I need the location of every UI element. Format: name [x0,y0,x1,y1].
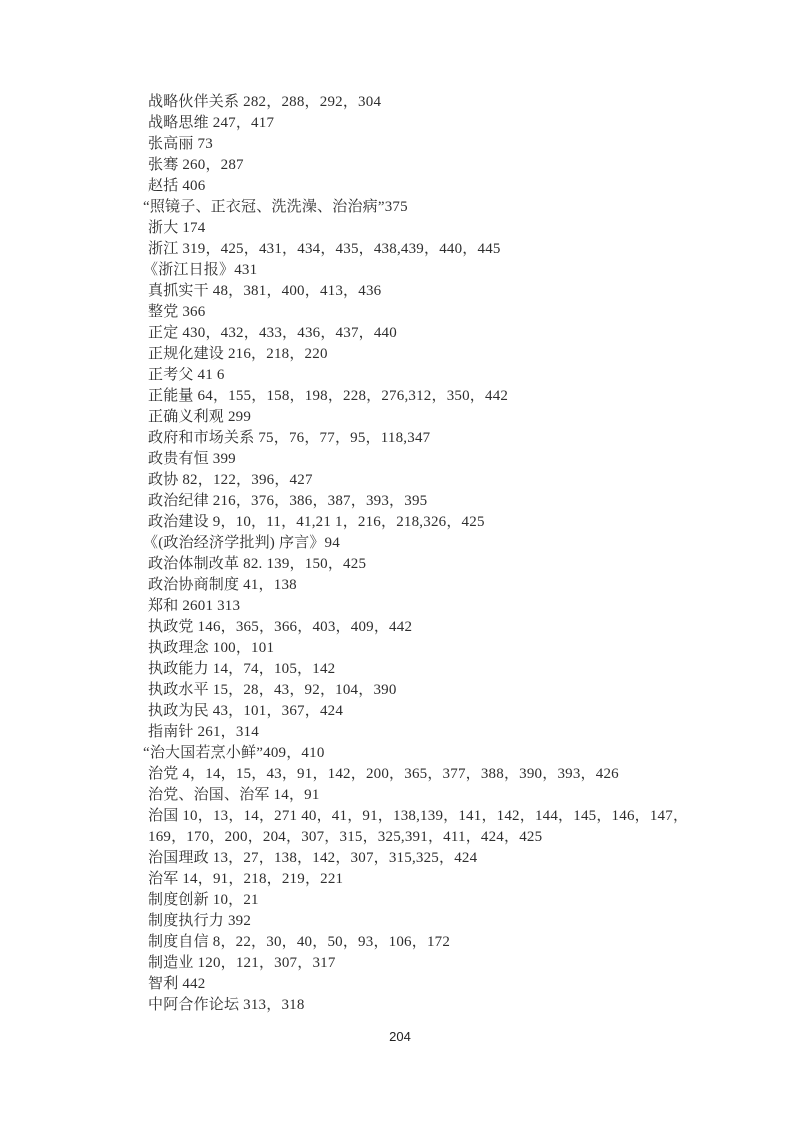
page-number: 204 [0,1029,800,1044]
index-line: 政治体制改革 82. 139，150，425 [148,554,768,575]
index-line: 治国 10，13，14，271 40，41，91，138,139，141，142… [148,806,768,827]
index-line: 真抓实干 48，381，400，413，436 [148,281,768,302]
index-line: 《(政治经济学批判) 序言》94 [148,533,768,554]
index-line: 正能量 64，155，158，198，228，276,312，350，442 [148,386,768,407]
index-line: 张高丽 73 [148,134,768,155]
index-line: 制度执行力 392 [148,911,768,932]
index-line: 战略伙伴关系 282，288，292，304 [148,92,768,113]
index-line: 政府和市场关系 75，76，77，95，118,347 [148,428,768,449]
index-entries: 战略伙伴关系 282，288，292，304战略思维 247，417张高丽 73… [148,92,768,1016]
index-line: 169，170，200，204，307，315，325,391，411，424，… [148,827,768,848]
index-line: 智利 442 [148,974,768,995]
index-line: 制造业 120，121，307，317 [148,953,768,974]
index-line: 指南针 261，314 [148,722,768,743]
index-line: 中阿合作论坛 313，318 [148,995,768,1016]
index-line: 制度创新 10，21 [148,890,768,911]
index-line: 正确义利观 299 [148,407,768,428]
index-line: 制度自信 8，22，30，40，50，93，106，172 [148,932,768,953]
index-line: 浙江 319，425，431，434，435，438,439，440，445 [148,239,768,260]
index-line: 政贵有恒 399 [148,449,768,470]
index-line: 张骞 260，287 [148,155,768,176]
index-line: 郑和 2601 313 [148,596,768,617]
index-line: 执政水平 15，28，43，92，104，390 [148,680,768,701]
index-line: 战略思维 247，417 [148,113,768,134]
index-line: 政治纪律 216，376，386，387，393，395 [148,491,768,512]
index-line: 整党 366 [148,302,768,323]
index-line: 执政能力 14，74，105，142 [148,659,768,680]
index-line: 治党、治国、治军 14，91 [148,785,768,806]
index-line: 政治协商制度 41，138 [148,575,768,596]
index-line: “照镜子、正衣冠、洗洗澡、治治病”375 [148,197,768,218]
index-line: 治党 4，14，15，43，91，142，200，365，377，388，390… [148,764,768,785]
index-line: 《浙江日报》431 [148,260,768,281]
index-line: 正定 430，432，433，436，437，440 [148,323,768,344]
index-line: 正考父 41 6 [148,365,768,386]
index-line: 浙大 174 [148,218,768,239]
index-line: 执政为民 43，101，367，424 [148,701,768,722]
book-page: 战略伙伴关系 282，288，292，304战略思维 247，417张高丽 73… [0,0,800,1131]
index-line: 治国理政 13，27，138，142，307，315,325，424 [148,848,768,869]
index-line: 治军 14，91，218，219，221 [148,869,768,890]
index-line: 政协 82，122，396，427 [148,470,768,491]
index-line: 正规化建设 216，218，220 [148,344,768,365]
index-line: 政治建设 9，10，11，41,21 1，216，218,326，425 [148,512,768,533]
index-line: 执政理念 100，101 [148,638,768,659]
index-line: 赵括 406 [148,176,768,197]
index-line: “治大国若烹小鲜”409，410 [148,743,768,764]
index-line: 执政党 146，365，366，403，409，442 [148,617,768,638]
